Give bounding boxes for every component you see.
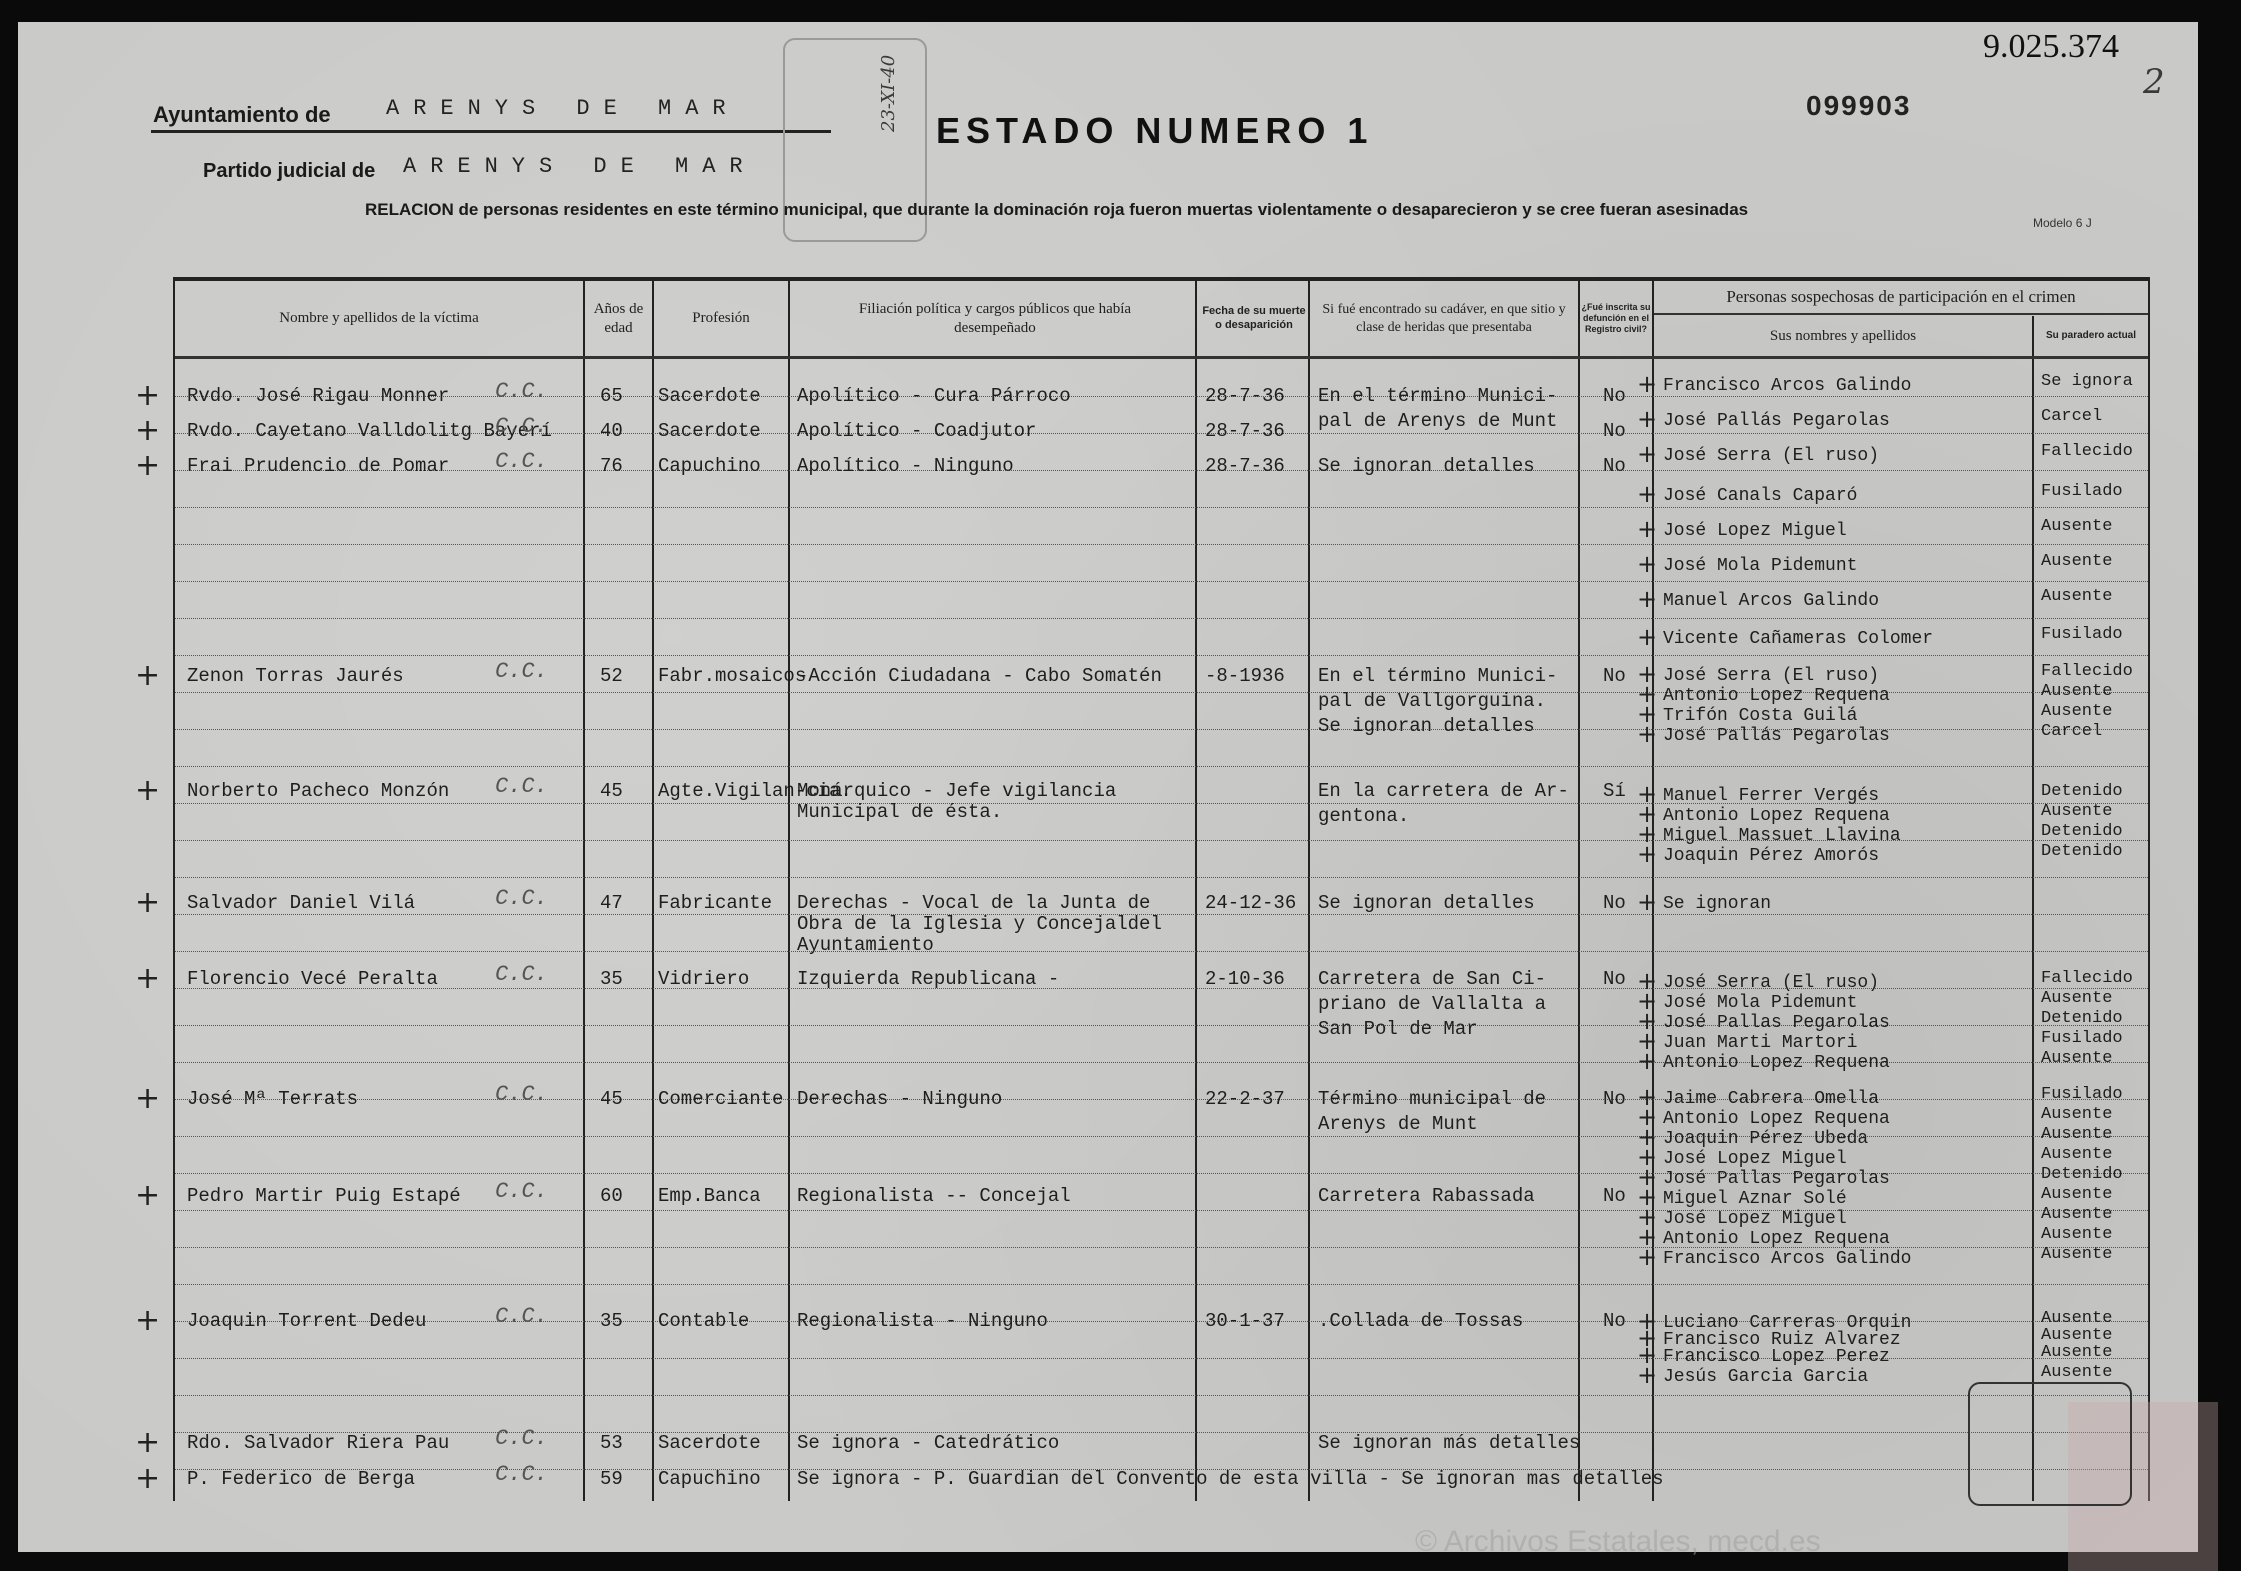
victim-annotation: C.C. [495,1307,548,1327]
suspect-whereabouts: Ausente [2041,1185,2112,1205]
ruled-line [175,544,2148,546]
victim-registro: No [1603,969,1626,989]
victim-filiation: Monárquico - Jefe vigilancia [797,781,1116,801]
victim-age: 65 [600,386,623,406]
suspect-name: José Mola Pidemunt [1663,556,1857,576]
victim-name: Salvador Daniel Vilá [187,893,415,913]
col-divider [1308,281,1310,1501]
victim-annotation: C.C. [495,965,548,985]
copyright-watermark: © Archivos Estatales, mecd.es [1415,1525,1821,1559]
suspect-whereabouts: Se ignora [2041,372,2133,392]
cross-mark-icon: + [1637,484,1657,504]
victim-annotation: C.C. [495,1465,548,1485]
victim-date: 28-7-36 [1205,386,1285,406]
victim-site: En el término Munici- [1318,386,1557,406]
suspect-name: José Lopez Miguel [1663,1209,1847,1229]
victim-age: 76 [600,456,623,476]
suspect-name: José Serra (El ruso) [1663,973,1879,993]
victim-name: José Mª Terrats [187,1089,358,1109]
corner-number: 9.025.374 [1983,28,2119,66]
victim-filiation: Regionalista - Ninguno [797,1311,1048,1331]
suspect-name: Vicente Cañameras Colomer [1663,629,1933,649]
victim-registro: No [1603,456,1626,476]
suspect-whereabouts: Fallecido [2041,969,2133,989]
suspect-whereabouts: Ausente [2041,517,2112,537]
header-sospechosos-nombres: Sus nombres y apellidos [1654,316,2032,356]
suspect-name: José Canals Caparó [1663,486,1857,506]
suspect-name: Juan Marti Martori [1663,1033,1857,1053]
victim-registro: No [1603,1311,1626,1331]
victim-annotation: C.C. [495,417,548,437]
victim-age: 53 [600,1433,623,1453]
cross-mark-icon: + [135,1089,160,1109]
suspect-whereabouts: Ausente [2041,1145,2112,1165]
victim-age: 35 [600,969,623,989]
cross-mark-icon: + [135,1433,160,1453]
suspect-name: Jaime Cabrera Omella [1663,1089,1879,1109]
victim-profession: Sacerdote [658,421,761,441]
victim-date: 30-1-37 [1205,1311,1285,1331]
ayuntamiento-value: ARENYS DE MAR [386,96,740,121]
victim-filiation: Apolítico - Cura Párroco [797,386,1071,406]
suspect-name: Manuel Arcos Galindo [1663,591,1879,611]
victim-site: priano de Vallalta a [1318,994,1546,1014]
victim-site: Se ignoran más detalles [1318,1433,1580,1453]
suspect-name: Joaquin Pérez Amorós [1663,846,1879,866]
suspect-whereabouts: Ausente [2041,1105,2112,1125]
victim-name: P. Federico de Berga [187,1469,415,1489]
victim-age: 59 [600,1469,623,1489]
victim-annotation: C.C. [495,662,548,682]
cross-mark-icon: + [135,421,160,441]
victim-age: 40 [600,421,623,441]
suspect-whereabouts: Carcel [2041,722,2102,742]
suspect-name: Antonio Lopez Requena [1663,686,1890,706]
victim-date: 22-2-37 [1205,1089,1285,1109]
victim-date: -8-1936 [1205,666,1285,686]
victim-name: Rdo. Salvador Riera Pau [187,1433,449,1453]
suspect-name: José Lopez Miguel [1663,521,1847,541]
ruled-line [175,951,2148,953]
cross-mark-icon: + [1637,627,1657,647]
cross-mark-icon: + [135,1186,160,1206]
suspect-whereabouts: Detenido [2041,822,2123,842]
victim-registro: No [1603,1186,1626,1206]
victim-registro: Sí [1603,781,1626,801]
header-sitio: Si fué encontrado su cadáver, en que sit… [1310,281,1578,356]
suspect-whereabouts: Fusilado [2041,625,2123,645]
ruled-line [175,470,2148,472]
victim-site: Arenys de Munt [1318,1114,1478,1134]
victim-profession: Fabr.mosaicos [658,666,806,686]
victim-filiation: Ayuntamiento [797,935,934,955]
suspect-name: José Pallas Pegarolas [1663,1169,1890,1189]
suspect-name: Francisco Arcos Galindo [1663,1249,1911,1269]
victim-site: Se ignoran detalles [1318,716,1535,736]
document-title: ESTADO NUMERO 1 [936,110,1373,152]
victim-date: 28-7-36 [1205,456,1285,476]
victim-registro: No [1603,386,1626,406]
cross-mark-icon: + [1637,892,1657,912]
suspect-whereabouts: Detenido [2041,1009,2123,1029]
cross-mark-icon: + [1637,589,1657,609]
col-divider [788,281,790,1501]
victim-name: Pedro Martir Puig Estapé [187,1186,461,1206]
victim-annotation: C.C. [495,1085,548,1105]
victim-site: San Pol de Mar [1318,1019,1478,1039]
corner-handwritten: 2 [2143,62,2165,102]
cau-stamp [1968,1382,2132,1506]
victim-site: gentona. [1318,806,1409,826]
document-page: Ayuntamiento de ARENYS DE MAR Partido ju… [18,22,2198,1552]
victim-filiation: Regionalista -- Concejal [797,1186,1071,1206]
suspect-name: Antonio Lopez Requena [1663,1229,1890,1249]
victim-profession: Capuchino [658,456,761,476]
cross-mark-icon: + [135,1311,160,1331]
victim-site: Término municipal de [1318,1089,1546,1109]
victim-filiation: -Acción Ciudadana - Cabo Somatén [797,666,1162,686]
cross-mark-icon: + [1637,519,1657,539]
ruled-line [175,581,2148,583]
group-divider [1654,313,2148,315]
victim-annotation: C.C. [495,452,548,472]
victim-site: pal de Vallgorguina. [1318,691,1546,711]
ruled-line [175,396,2148,398]
victim-age: 35 [600,1311,623,1331]
victim-site: Carretera Rabassada [1318,1186,1535,1206]
suspect-name: Miguel Massuet Llavina [1663,826,1901,846]
victim-site: Se ignoran detalles [1318,893,1535,913]
suspect-whereabouts: Fusilado [2041,1029,2123,1049]
suspect-whereabouts: Detenido [2041,842,2123,862]
victims-table: Nombre y apellidos de la víctima Años de… [173,277,2150,1501]
victim-site: Carretera de San Ci- [1318,969,1546,989]
suspect-whereabouts: Ausente [2041,702,2112,722]
victim-profession: Sacerdote [658,1433,761,1453]
victim-age: 45 [600,781,623,801]
ruled-line [175,766,2148,768]
suspect-name: José Pallás Pegarolas [1663,726,1890,746]
header-registro: ¿Fué inscrita su defunción en el Registr… [1580,281,1652,356]
victim-annotation: C.C. [495,1429,548,1449]
cross-mark-icon: + [135,666,160,686]
victim-age: 60 [600,1186,623,1206]
victim-profession: Sacerdote [658,386,761,406]
victim-site: pal de Arenys de Munt [1318,411,1557,431]
victim-filiation: Municipal de ésta. [797,802,1002,822]
cross-mark-icon: + [1637,724,1657,744]
victim-registro: No [1603,1089,1626,1109]
victim-registro: No [1603,893,1626,913]
cross-mark-icon: + [135,781,160,801]
suspect-whereabouts: Ausente [2041,1049,2112,1069]
modelo-label: Modelo 6 J [2033,216,2092,230]
victim-date: 28-7-36 [1205,421,1285,441]
cross-mark-icon: + [1637,1247,1657,1267]
suspect-whereabouts: Ausente [2041,587,2112,607]
suspect-name: José Lopez Miguel [1663,1149,1847,1169]
cross-mark-icon: + [135,386,160,406]
suspect-whereabouts: Ausente [2041,802,2112,822]
victim-annotation: C.C. [495,889,548,909]
victim-filiation: Derechas - Ninguno [797,1089,1002,1109]
victim-filiation: Izquierda Republicana - [797,969,1059,989]
suspect-whereabouts: Ausente [2041,1343,2112,1363]
victim-site: Se ignoran detalles [1318,456,1535,476]
victim-site: En el término Munici- [1318,666,1557,686]
suspect-name: José Mola Pidemunt [1663,993,1857,1013]
victim-profession: Capuchino [658,1469,761,1489]
victim-date: 2-10-36 [1205,969,1285,989]
ruled-line [175,877,2148,879]
suspect-name: José Pallás Pegarolas [1663,411,1890,431]
cross-mark-icon: + [135,456,160,476]
ruled-line [175,507,2148,509]
victim-date: 24-12-36 [1205,893,1296,913]
header-fecha: Fecha de su muerte o desaparición [1200,281,1308,356]
victim-profession: Vidriero [658,969,749,989]
document-subtitle: RELACION de personas residentes en este … [365,200,1748,220]
col-divider [1578,281,1580,1501]
victim-site: .Collada de Tossas [1318,1311,1523,1331]
victim-annotation: C.C. [495,382,548,402]
cross-mark-icon: + [1637,844,1657,864]
col-divider [2032,316,2034,1501]
victim-age: 47 [600,893,623,913]
suspect-whereabouts: Fallecido [2041,662,2133,682]
col-divider [1195,281,1197,1501]
suspect-whereabouts: Ausente [2041,1225,2112,1245]
victim-registro: No [1603,666,1626,686]
ruled-line [175,655,2148,657]
suspect-name: Francisco Arcos Galindo [1663,376,1911,396]
cross-mark-icon: + [1637,409,1657,429]
victim-annotation: C.C. [495,777,548,797]
victim-name: Rvdo. José Rigau Monner [187,386,449,406]
ruled-line [175,1210,2148,1212]
victim-filiation: Apolítico - Ninguno [797,456,1014,476]
victim-filiation: Se ignora - P. Guardian del Convento de … [797,1469,1664,1489]
ruled-line [175,1395,2148,1397]
victim-annotation: C.C. [495,1182,548,1202]
ruled-line [175,1284,2148,1286]
victim-name: Frai Prudencio de Pomar [187,456,449,476]
header-nombre: Nombre y apellidos de la víctima [175,281,583,356]
victim-registro: No [1603,421,1626,441]
suspect-name: Manuel Ferrer Vergés [1663,786,1879,806]
victim-filiation: Derechas - Vocal de la Junta de [797,893,1150,913]
ruled-line [175,1432,2148,1434]
victim-profession: Emp.Banca [658,1186,761,1206]
cross-mark-icon: + [135,893,160,913]
victim-name: Norberto Pacheco Monzón [187,781,449,801]
suspect-whereabouts: Fusilado [2041,482,2123,502]
suspect-whereabouts: Fallecido [2041,442,2133,462]
suspect-name: Trifón Costa Guilá [1663,706,1857,726]
victim-profession: Contable [658,1311,749,1331]
header-filiacion: Filiación política y cargos públicos que… [835,281,1155,356]
suspect-name: Antonio Lopez Requena [1663,806,1890,826]
suspect-name: Jesús Garcia Garcia [1663,1367,1868,1387]
victim-profession: Fabricante [658,893,772,913]
header-divider [175,356,2148,359]
header-sospechosos: Personas sospechosas de participación en… [1654,281,2148,313]
header-sospechosos-paradero: Su paradero actual [2034,316,2148,356]
partido-label: Partido judicial de [203,160,375,183]
victim-filiation: Obra de la Iglesia y Concejaldel [797,914,1162,934]
cross-mark-icon: + [135,969,160,989]
victim-name: Florencio Vecé Peralta [187,969,438,989]
col-divider [652,281,654,1501]
suspect-whereabouts: Fusilado [2041,1085,2123,1105]
victim-filiation: Se ignora - Catedrático [797,1433,1059,1453]
victim-name: Zenon Torras Jaurés [187,666,404,686]
suspect-name: Se ignoran [1663,894,1771,914]
suspect-whereabouts: Detenido [2041,782,2123,802]
cross-mark-icon: + [1637,1051,1657,1071]
suspect-name: Francisco Lopez Perez [1663,1347,1890,1367]
suspect-whereabouts: Ausente [2041,1205,2112,1225]
ruled-line [175,618,2148,620]
suspect-name: Antonio Lopez Requena [1663,1053,1890,1073]
cross-mark-icon: + [1637,554,1657,574]
ayuntamiento-underline [151,130,831,133]
suspect-name: José Serra (El ruso) [1663,666,1879,686]
suspect-whereabouts: Ausente [2041,1245,2112,1265]
victim-site: En la carretera de Ar- [1318,781,1569,801]
suspect-whereabouts: Carcel [2041,407,2102,427]
suspect-name: Joaquin Pérez Ubeda [1663,1129,1868,1149]
suspect-whereabouts: Ausente [2041,1125,2112,1145]
ayuntamiento-label: Ayuntamiento de [153,102,331,128]
cross-mark-icon: + [135,1469,160,1489]
suspect-name: Antonio Lopez Requena [1663,1109,1890,1129]
victim-age: 52 [600,666,623,686]
victim-filiation: Apolítico - Coadjutor [797,421,1036,441]
stamp-number: 099903 [1806,90,1911,122]
cross-mark-icon: + [1637,1365,1657,1385]
col-divider [583,281,585,1501]
header-profesion: Profesión [654,281,788,356]
stamp-date: 23-XI-40 [878,55,899,132]
suspect-name: José Pallas Pegarolas [1663,1013,1890,1033]
suspect-whereabouts: Ausente [2041,552,2112,572]
cross-mark-icon: + [1637,374,1657,394]
victim-age: 45 [600,1089,623,1109]
suspect-name: José Serra (El ruso) [1663,446,1879,466]
victim-profession: Comerciante [658,1089,783,1109]
suspect-whereabouts: Ausente [2041,1363,2112,1383]
suspect-name: Miguel Aznar Solé [1663,1189,1847,1209]
header-edad: Años de edad [585,281,652,356]
suspect-whereabouts: Ausente [2041,682,2112,702]
suspect-whereabouts: Detenido [2041,1165,2123,1185]
partido-value: ARENYS DE MAR [403,154,757,179]
victim-name: Joaquin Torrent Dedeu [187,1311,426,1331]
cross-mark-icon: + [1637,444,1657,464]
suspect-whereabouts: Ausente [2041,989,2112,1009]
